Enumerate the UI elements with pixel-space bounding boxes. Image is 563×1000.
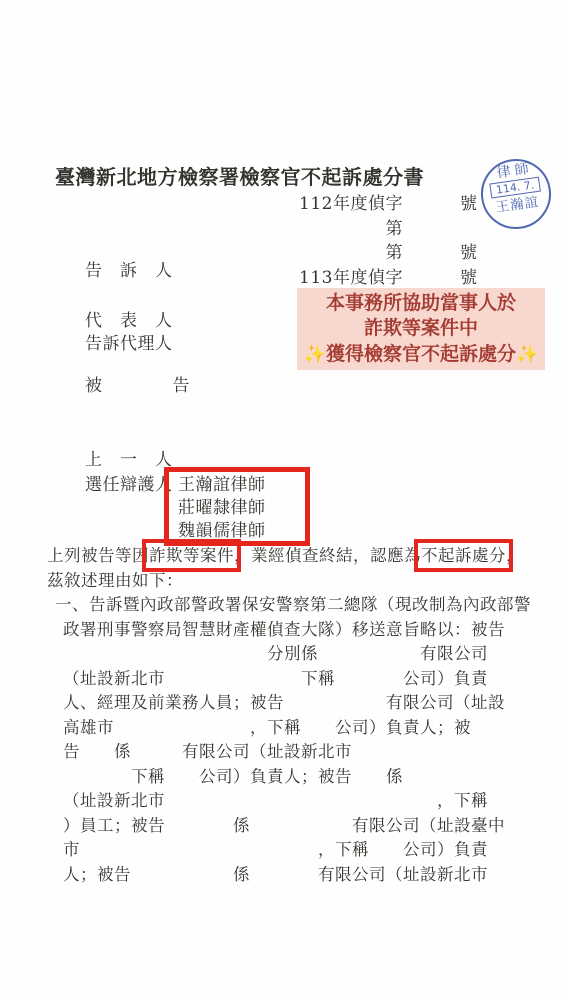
party-label-defense-counsel: 選任辯護人 [85, 473, 173, 498]
intro-segment: 上列被告等因 [47, 546, 149, 565]
body-line: （址設新北市 下稱 公司）負責 [47, 667, 547, 692]
body-line: 告 係 有限公司（址設新北市 [47, 740, 547, 765]
body-line: 政署刑事警察局智慧財產權偵查大隊）移送意旨略以：被告 [47, 618, 547, 643]
defense-lawyer-name-3: 魏韻儒律師 [178, 519, 266, 544]
party-label-defendant: 被 告 [85, 374, 190, 399]
intro-segment: ，業經偵查終結，認應為 [234, 546, 421, 565]
party-label-above-person: 上 一 人 [85, 448, 173, 473]
scanned-document-page: 臺灣新北地方檢察署檢察官不起訴處分書 律師 114. 7. 王瀚誼 112年度偵… [0, 0, 563, 1000]
defense-lawyer-name-2: 莊曜隸律師 [178, 496, 266, 521]
lawyer-stamp: 律師 114. 7. 王瀚誼 [476, 154, 555, 233]
body-line: 人、經理及前業務人員；被告 有限公司（址設 [47, 691, 547, 716]
document-title: 臺灣新北地方檢察署檢察官不起訴處分書 [55, 164, 424, 190]
body-line: 市 ，下稱 公司）負責 [47, 838, 547, 863]
body-line: （址設新北市 ，下稱 [47, 789, 547, 814]
body-line: 高雄市 ，下稱 公司）負責人；被 [47, 716, 547, 741]
promo-line-3-text: 獲得檢察官不起訴處分 [326, 343, 516, 365]
case-number-line-1: 112年度偵字第 號 [285, 192, 478, 241]
sparkle-icon: ✨ [304, 344, 326, 365]
case-number-suffix: 號 [460, 241, 478, 266]
case-number-line-2: 第 號 [285, 241, 478, 266]
party-label-representative: 代 表 人 [85, 309, 173, 334]
case-number-suffix: 號 [460, 192, 478, 241]
sparkle-icon: ✨ [516, 344, 538, 365]
defense-lawyer-name-1: 王瀚誼律師 [178, 473, 266, 498]
red-annotation-box-non-prosecution: 不起訴處分 [421, 546, 506, 565]
document-body: 上列被告等因詐欺等案件，業經偵查終結，認應為不起訴處分， 茲敘述理由如下： 一、… [47, 544, 547, 887]
case-number-prefix: 第 [285, 241, 403, 266]
intro-segment: ， [506, 546, 523, 565]
red-annotation-box-fraud-case: 詐欺等案件 [149, 546, 234, 565]
body-line: 分別係 有限公司 [47, 642, 547, 667]
promo-line-2: 詐欺等案件中 [297, 316, 545, 342]
intro-line-1: 上列被告等因詐欺等案件，業經偵查終結，認應為不起訴處分， [47, 544, 547, 569]
body-line: 人；被告 係 有限公司（址設新北市 [47, 863, 547, 888]
body-line: 下稱 公司）負責人；被告 係 [47, 765, 547, 790]
intro-line-2: 茲敘述理由如下： [47, 569, 547, 594]
case-number-prefix: 112年度偵字第 [285, 192, 403, 241]
party-label-complainant: 告 訴 人 [85, 259, 173, 284]
party-label-complainant-agent: 告訴代理人 [85, 332, 173, 357]
promo-line-3: ✨獲得檢察官不起訴處分✨ [297, 342, 545, 368]
body-line: 一、告訴暨內政部警政署保安警察第二總隊（現改制為內政部警 [47, 593, 547, 618]
promo-overlay: 本事務所協助當事人於 詐欺等案件中 ✨獲得檢察官不起訴處分✨ [297, 288, 545, 370]
body-line: ）員工；被告 係 有限公司（址設臺中 [47, 814, 547, 839]
promo-line-1: 本事務所協助當事人於 [297, 291, 545, 317]
